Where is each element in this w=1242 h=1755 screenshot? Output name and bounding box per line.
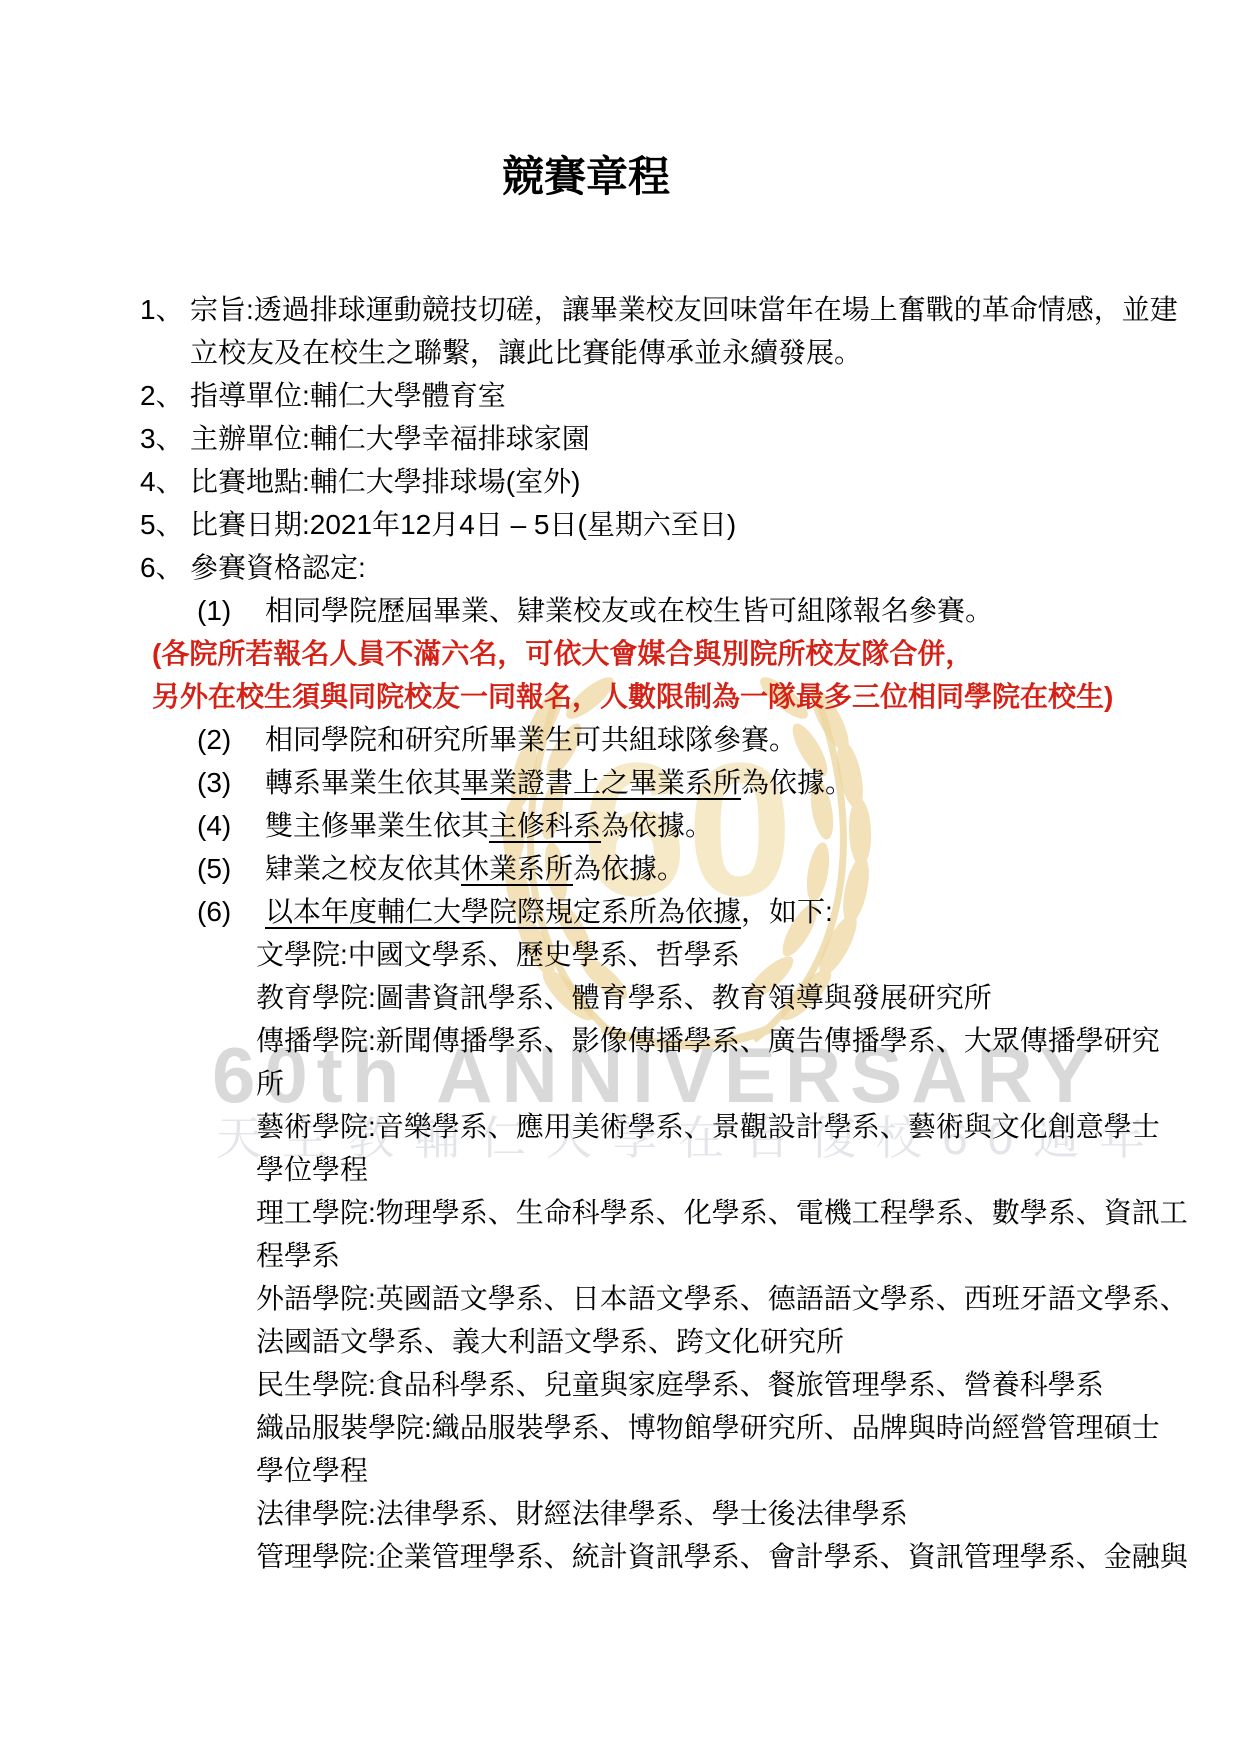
- list-item: 立校友及在校生之聯繫，讓此比賽能傳承並永續發展。: [0, 331, 1242, 374]
- college-line: 傳播學院:新聞傳播學系、影像傳播學系、廣告傳播學系、大眾傳播學研究: [0, 1019, 1242, 1062]
- item-number: 3、: [140, 417, 184, 460]
- sub-item-number: (4): [197, 804, 231, 847]
- college-line: 所: [0, 1062, 1242, 1105]
- item-text: 主辦單位:輔仁大學幸福排球家園: [190, 423, 590, 454]
- page-title: 競賽章程: [0, 150, 1172, 204]
- rules-list: 1、宗旨:透過排球運動競技切磋，讓畢業校友回味當年在場上奮戰的革命情感，並建立校…: [0, 288, 1242, 1578]
- sub-item-text: 雙主修畢業生依其: [265, 810, 489, 841]
- sub-item-text: 轉系畢業生依其: [265, 767, 461, 798]
- college-line: 民生學院:食品科學系、兒童與家庭學系、餐旅管理學系、營養科學系: [0, 1363, 1242, 1406]
- sub-item-underlined-text: 以本年度輔仁大學院際規定系所為依據: [265, 896, 741, 927]
- college-line: 文學院:中國文學系、歷史學系、哲學系: [0, 933, 1242, 976]
- item-number: 4、: [140, 460, 184, 503]
- sub-item-number: (5): [197, 847, 231, 890]
- sub-item-underlined-text: 畢業證書上之畢業系所: [461, 767, 741, 798]
- red-note-line: (各院所若報名人員不滿六名，可依大會媒合與別院所校友隊合併，: [0, 632, 1242, 675]
- college-line: 理工學院:物理學系、生命科學系、化學系、電機工程學系、數學系、資訊工: [0, 1191, 1242, 1234]
- list-item: 5、比賽日期:2021年12月4日 – 5日(星期六至日): [0, 503, 1242, 546]
- item-number: 5、: [140, 503, 184, 546]
- college-line: 法國語文學系、義大利語文學系、跨文化研究所: [0, 1320, 1242, 1363]
- sub-item-text: 相同學院歷屆畢業、肄業校友或在校生皆可組隊報名參賽。: [265, 595, 993, 626]
- item-text: 比賽日期:2021年12月4日 – 5日(星期六至日): [190, 509, 736, 540]
- college-line: 藝術學院:音樂學系、應用美術學系、景觀設計學系、藝術與文化創意學士: [0, 1105, 1242, 1148]
- college-line: 程學系: [0, 1234, 1242, 1277]
- sub-item-text: ，如下:: [741, 896, 833, 927]
- college-line: 教育學院:圖書資訊學系、體育學系、教育領導與發展研究所: [0, 976, 1242, 1019]
- sub-list-item: (6)以本年度輔仁大學院際規定系所為依據，如下:: [0, 890, 1242, 933]
- item-text: 比賽地點:輔仁大學排球場(室外): [190, 466, 580, 497]
- sub-item-text: 為依據。: [601, 810, 713, 841]
- sub-item-underlined-text: 休業系所: [461, 853, 573, 884]
- item-number: 2、: [140, 374, 184, 417]
- sub-item-number: (2): [197, 718, 231, 761]
- sub-list-item: (5)肄業之校友依其休業系所為依據。: [0, 847, 1242, 890]
- list-item: 2、指導單位:輔仁大學體育室: [0, 374, 1242, 417]
- document-page: 60 60th ANNIVERSARY 天主教輔仁大學在台復校60週年 競賽章程…: [0, 0, 1242, 1755]
- sub-list-item: (3)轉系畢業生依其畢業證書上之畢業系所為依據。: [0, 761, 1242, 804]
- sub-list-item: (1)相同學院歷屆畢業、肄業校友或在校生皆可組隊報名參賽。: [0, 589, 1242, 632]
- sub-item-underlined-text: 主修科系: [489, 810, 601, 841]
- college-line: 織品服裝學院:織品服裝學系、博物館學研究所、品牌與時尚經營管理碩士: [0, 1406, 1242, 1449]
- college-line: 學位學程: [0, 1449, 1242, 1492]
- list-item: 3、主辦單位:輔仁大學幸福排球家園: [0, 417, 1242, 460]
- item-number: 6、: [140, 546, 184, 589]
- list-item: 4、比賽地點:輔仁大學排球場(室外): [0, 460, 1242, 503]
- sub-list-item: (2)相同學院和研究所畢業生可共組球隊參賽。: [0, 718, 1242, 761]
- red-note-line: 另外在校生須與同院校友一同報名，人數限制為一隊最多三位相同學院在校生): [0, 675, 1242, 718]
- college-line: 法律學院:法律學系、財經法律學系、學士後法律學系: [0, 1492, 1242, 1535]
- sub-item-text: 肄業之校友依其: [265, 853, 461, 884]
- sub-item-text: 為依據。: [741, 767, 853, 798]
- college-line: 管理學院:企業管理學系、統計資訊學系、會計學系、資訊管理學系、金融與: [0, 1535, 1242, 1578]
- item-text: 立校友及在校生之聯繫，讓此比賽能傳承並永續發展。: [190, 337, 862, 368]
- sub-item-number: (3): [197, 761, 231, 804]
- list-item: 1、宗旨:透過排球運動競技切磋，讓畢業校友回味當年在場上奮戰的革命情感，並建: [0, 288, 1242, 331]
- item-text: 指導單位:輔仁大學體育室: [190, 380, 506, 411]
- sub-item-text: 為依據。: [573, 853, 685, 884]
- sub-list-item: (4)雙主修畢業生依其主修科系為依據。: [0, 804, 1242, 847]
- item-text: 參賽資格認定:: [190, 552, 366, 583]
- item-number: 1、: [140, 288, 184, 331]
- sub-item-text: 相同學院和研究所畢業生可共組球隊參賽。: [265, 724, 797, 755]
- college-line: 外語學院:英國語文學系、日本語文學系、德語語文學系、西班牙語文學系、: [0, 1277, 1242, 1320]
- sub-item-number: (6): [197, 890, 231, 933]
- list-item: 6、參賽資格認定:: [0, 546, 1242, 589]
- college-line: 學位學程: [0, 1148, 1242, 1191]
- item-text: 宗旨:透過排球運動競技切磋，讓畢業校友回味當年在場上奮戰的革命情感，並建: [190, 294, 1178, 325]
- sub-item-number: (1): [197, 589, 231, 632]
